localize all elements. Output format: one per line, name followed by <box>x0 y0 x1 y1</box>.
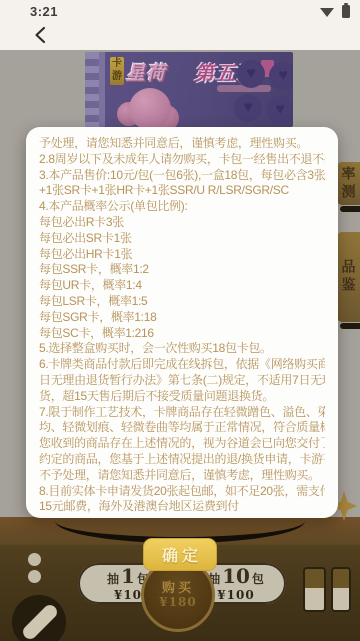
terms-line: 约定的商品，您基于上述情况提出的退/换货申请，卡游有权 <box>39 452 325 468</box>
draw-one-prefix: 抽 <box>107 570 119 587</box>
heart-pattern-icon: ♥ <box>266 96 293 124</box>
draw-ten-suffix: 包 <box>252 570 264 587</box>
terms-line: 6.卡牌类商品付款后即完成在线拆包，依据《网络购买商品七 <box>39 357 325 373</box>
terms-line: 3.本产品售价:10元/包(一包6张),一盒18包，每包必含3张R卡 <box>39 168 325 184</box>
terms-line: 8.目前实体卡申请发货20张起包邮，如不足20张，需支付相应 <box>39 484 325 500</box>
terms-line: +1张SR卡+1张HR卡+1张SSR/U R/LSR/SGR/SC <box>39 183 325 199</box>
terms-line: 货，超15天售后期后不接受质量问题退换货。 <box>39 389 325 405</box>
banner-brand-logo: 卡游 <box>110 57 124 85</box>
terms-line: 每包SSR卡，概率1:2 <box>39 262 325 278</box>
side-tab-gallery[interactable]: 品鉴 <box>337 232 360 322</box>
product-banner: 卡游 星荷 第五弹 ♥ ♥ ♥ ♥ <box>85 52 293 127</box>
machine-knob <box>12 595 66 641</box>
terms-line: 日无理由退货暂行办法》第七条(二)规定，不适用7日无理由退 <box>39 373 325 389</box>
machine-knob-handle <box>20 602 60 641</box>
terms-line: 每包SC卡，概率1:216 <box>39 326 325 342</box>
terms-line: 每包SGR卡，概率1:18 <box>39 310 325 326</box>
terms-line: 2.8周岁以下及未成年人请勿购买，卡包一经售出不退不换。 <box>39 152 325 168</box>
machine-toggle-switch <box>331 567 351 612</box>
banner-border-inner <box>99 52 105 127</box>
terms-line: 7.限于制作工艺技术，卡牌商品存在轻微蹭色、溢色、染色不 <box>39 405 325 421</box>
terms-text: 予处理，请您知悉并同意后，谨慎考虑，理性购买。2.8周岁以下及未成年人请勿购买，… <box>26 127 338 515</box>
wifi-icon <box>320 6 334 17</box>
top-bar: 3:21 <box>0 0 360 50</box>
side-tab-probability[interactable]: 率测 <box>337 162 360 205</box>
back-button[interactable] <box>30 24 52 46</box>
status-bar: 3:21 <box>0 0 360 22</box>
terms-line: 每包必出HR卡1张 <box>39 247 325 263</box>
status-time: 3:21 <box>30 4 58 19</box>
confirm-button[interactable]: 确定 <box>143 538 217 571</box>
draw-ten-price: ¥100 <box>217 588 254 602</box>
heart-pattern-icon: ♥ <box>234 94 262 122</box>
side-tab-divider <box>340 323 360 329</box>
draw-ten-count: 10 <box>222 566 250 586</box>
terms-line: 每包LSR卡，概率1:5 <box>39 294 325 310</box>
heart-pattern-icon: ♥ <box>237 60 265 88</box>
whole-box-price: ¥180 <box>144 595 212 609</box>
terms-line: 均、轻微划痕、轻微卷曲等均属于正常情况，符合质量标准， <box>39 420 325 436</box>
terms-dialog[interactable]: 予处理，请您知悉并同意后，谨慎考虑，理性购买。2.8周岁以下及未成年人请勿购买，… <box>26 127 338 518</box>
machine-light-dot <box>28 570 41 583</box>
battery-icon <box>342 5 350 18</box>
terms-line: 5.选择整盒购买时，会一次性购买18包卡包。 <box>39 341 325 357</box>
terms-line: 15元邮费，海外及港澳台地区运费到付 <box>39 499 325 515</box>
whole-box-label: 购买 <box>144 577 212 596</box>
terms-line: 4.本产品概率公示(单包比例): <box>39 199 325 215</box>
terms-line: 每包UR卡，概率1:4 <box>39 278 325 294</box>
machine-light-dot <box>28 553 41 566</box>
draw-one-price: ¥10 <box>114 588 142 602</box>
terms-line: 每包必出R卡3张 <box>39 215 325 231</box>
terms-line: 予处理，请您知悉并同意后，谨慎考虑，理性购买。 <box>39 136 325 152</box>
banner-border-pattern <box>85 52 99 127</box>
terms-line: 您收到的商品存在上述情况的，视为谷道会已向您交付了符合 <box>39 436 325 452</box>
side-tab-divider <box>340 206 360 212</box>
terms-line: 不予处理，请您知悉并同意后，谨慎考虑，理性购买。 <box>39 468 325 484</box>
heart-pattern-icon: ♥ <box>269 62 293 90</box>
back-chevron-icon <box>30 24 52 46</box>
terms-line: 每包必出SR卡1张 <box>39 231 325 247</box>
draw-one-count: 1 <box>121 566 135 586</box>
banner-series-title: 星荷 <box>126 58 166 85</box>
mascot-character <box>129 88 171 127</box>
app-screen: 卡游 星荷 第五弹 ♥ ♥ ♥ ♥ 率测 品鉴 抽 <box>0 0 360 641</box>
machine-toggle-switch <box>303 567 326 612</box>
gacha-machine: 抽 1 包 ¥10 抽 10 包 ¥100 购买 ¥180 <box>0 517 360 641</box>
